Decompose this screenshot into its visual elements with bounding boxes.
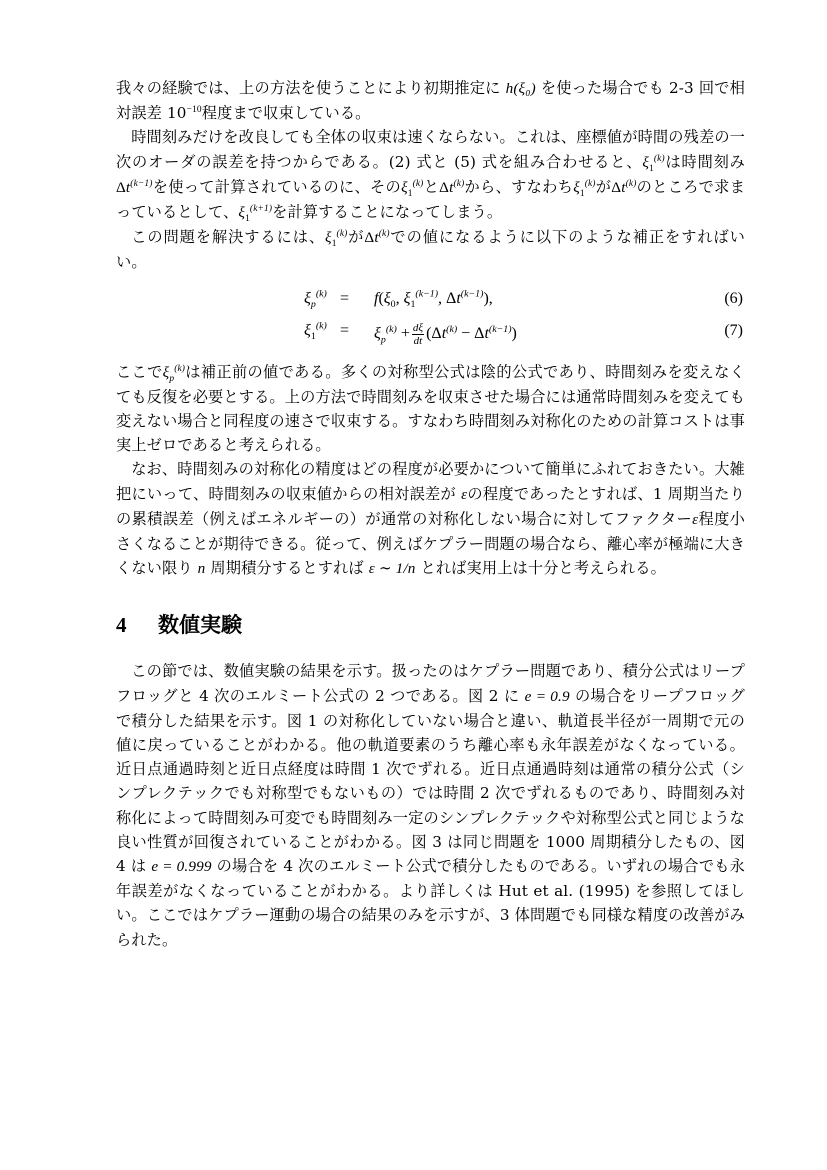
equation-6: ξp(k) = f(ξ0, ξ1(k−1), Δt(k−1)), (6) bbox=[116, 290, 745, 318]
math-dt-k-1: Δt(k−1) bbox=[116, 179, 153, 196]
paragraph-solution: この問題を解決するには、ξ1(k)がΔt(k)での値になるように以下のような補正… bbox=[116, 225, 745, 274]
paragraph-experiments: この節では、数値実験の結果を示す。扱ったのはケプラー問題であり、積分公式はリープ… bbox=[116, 659, 745, 951]
paragraph-convergence: 我々の経験では、上の方法を使うことにより初期推定に h(ξ₀) を使った場合でも… bbox=[116, 76, 745, 125]
equation-7: ξ1(k) = ξp(k) +dξdt(Δt(k) − Δt(k−1)) (7) bbox=[116, 322, 745, 350]
equation-block: ξp(k) = f(ξ0, ξ1(k−1), Δt(k−1)), (6) ξ1(… bbox=[116, 288, 745, 350]
section-heading: 4数値実験 bbox=[116, 609, 745, 639]
math-xi1-k: ξ1(k) bbox=[642, 154, 664, 171]
equation-number: (7) bbox=[724, 322, 743, 340]
math-h-xi0: h(ξ₀) bbox=[506, 80, 536, 97]
paper-page: 我々の経験では、上の方法を使うことにより初期推定に h(ξ₀) を使った場合でも… bbox=[116, 76, 745, 952]
equation-number: (6) bbox=[724, 290, 743, 308]
paragraph-timestep-problem: 時間刻みだけを改良しても全体の収束は速くならない。これは、座標値が時間の残差の一… bbox=[116, 125, 745, 225]
paragraph-accuracy: なお、時間刻みの対称化の精度はどの程度が必要かについて簡単にふれておきたい。大雑… bbox=[116, 457, 745, 581]
paragraph-cost: ここでξp(k)は補正前の値である。多くの対称型公式は陰的公式であり、時間刻みを… bbox=[116, 360, 745, 458]
